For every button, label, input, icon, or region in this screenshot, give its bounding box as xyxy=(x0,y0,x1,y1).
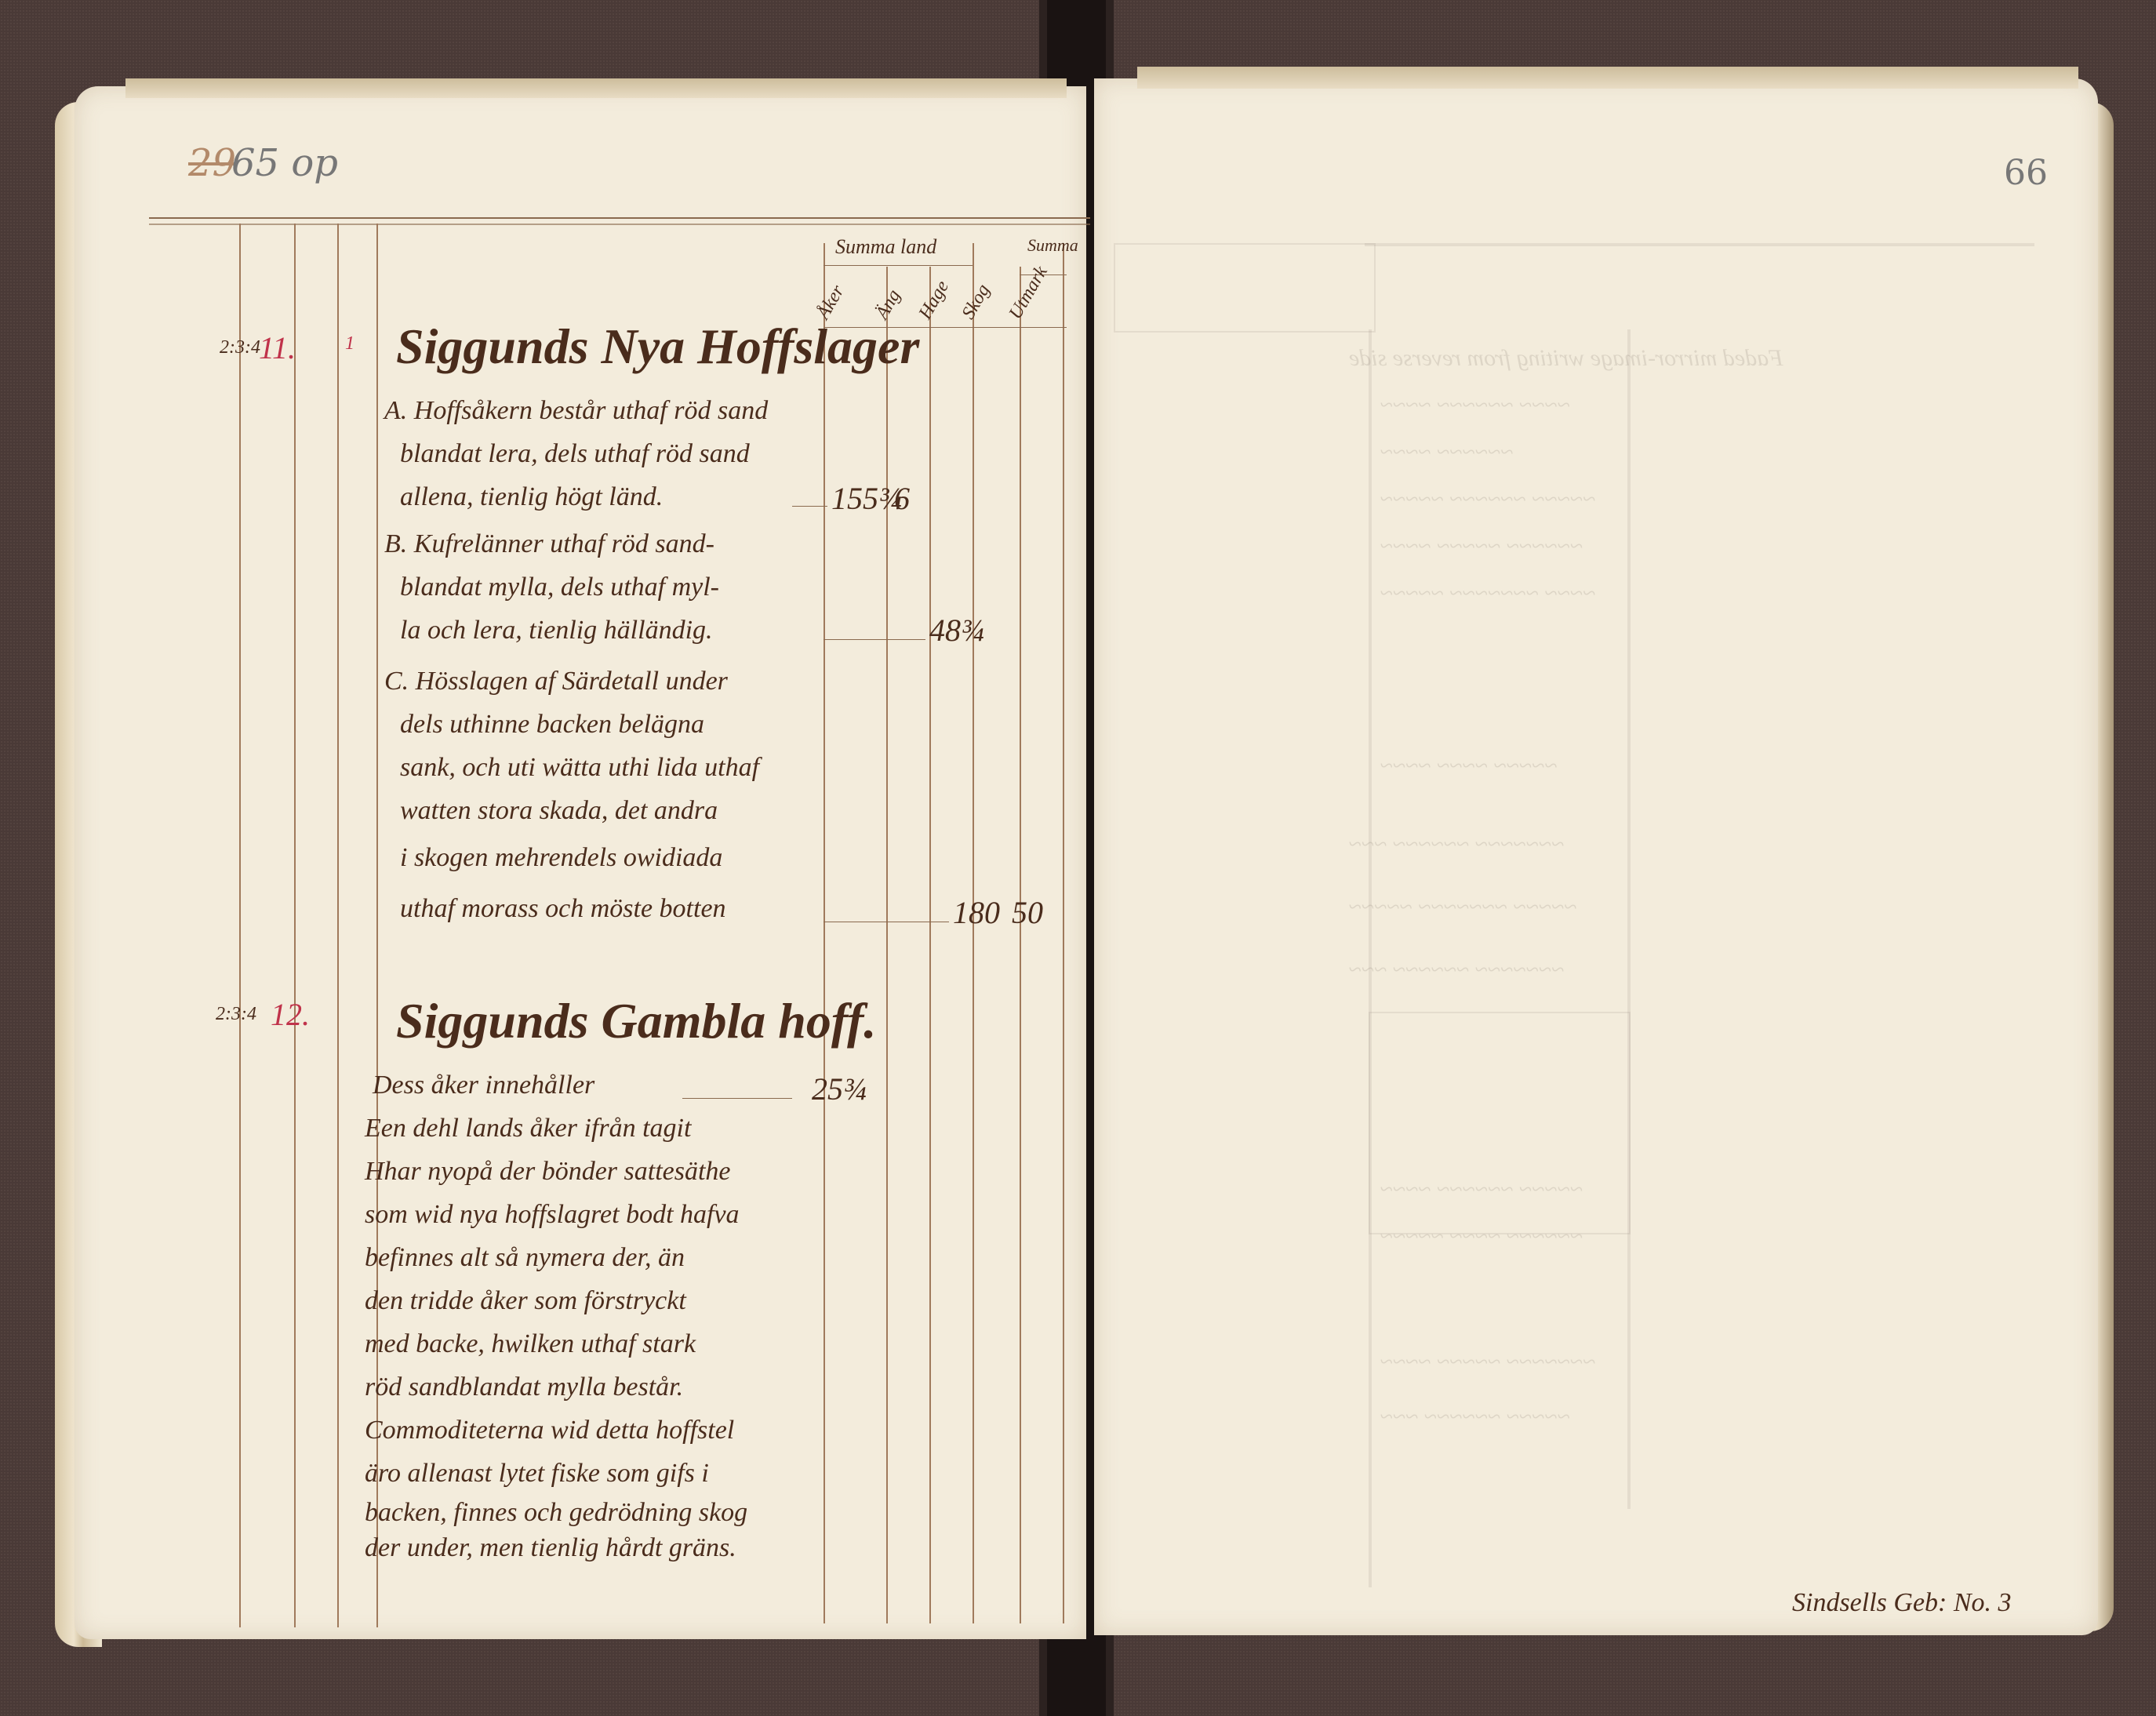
bleed-through-text: ~~~~~~~ ~~~~~ ~~~~ xyxy=(1380,1349,1596,1376)
value-cell: 155¾ xyxy=(831,480,902,517)
entry-line: som wid nya hoffslagret bodt hafva xyxy=(365,1200,740,1230)
bleed-through-text: ~~~~~ ~~~~~~ ~~~~~ xyxy=(1380,486,1596,513)
entry-line: allena, tienlig högt länd. xyxy=(400,482,663,512)
bleed-through-rule xyxy=(1627,329,1631,1509)
value-cell: 6 xyxy=(894,480,910,517)
value-column-line xyxy=(1063,243,1064,1623)
entry-line: blandat mylla, dels uthaf myl- xyxy=(400,573,719,602)
entry-line: B. Kufrelänner uthaf röd sand- xyxy=(384,529,714,559)
value-column-line xyxy=(1020,267,1021,1623)
value-cell: 50 xyxy=(1012,894,1043,931)
leader-line xyxy=(823,922,949,922)
value-column-line xyxy=(886,267,888,1623)
header-rule xyxy=(149,224,1090,225)
entry-line: watten stora skada, det andra xyxy=(400,796,718,826)
bleed-through-rule xyxy=(1365,243,2034,246)
column-group-label: Summa xyxy=(1027,235,1078,256)
entry-title: Siggunds Gambla hoff. xyxy=(396,992,876,1050)
column-group-label: Summa land xyxy=(835,235,936,259)
bleed-through-header xyxy=(1114,243,1376,333)
margin-reference: 2:3:4 xyxy=(216,1004,256,1025)
bleed-through-text: Faded mirror-image writing from reverse … xyxy=(1349,345,1783,372)
value-column-line xyxy=(823,243,825,1623)
leader-line xyxy=(823,639,925,640)
entry-line: Een dehl lands åker ifrån tagit xyxy=(365,1114,691,1143)
header-rule xyxy=(149,217,1090,219)
value-cell: 180 xyxy=(953,894,1000,931)
leader-line xyxy=(682,1098,792,1099)
value-column-line xyxy=(929,267,931,1623)
value-cell: 25¾ xyxy=(812,1071,867,1107)
entry-line: dels uthinne backen belägna xyxy=(400,710,704,740)
bleed-through-text: ~~~~~ ~~~~~~ ~~~~ xyxy=(1380,1176,1583,1203)
pencil-folio-number: 66 xyxy=(2004,153,2048,193)
entry-line: blandat lera, dels uthaf röd sand xyxy=(400,439,750,469)
value-cell: 48¾ xyxy=(929,612,984,649)
entry-line: befinnes alt så nymera der, än xyxy=(365,1243,685,1273)
entry-line: backen, finnes och gedrödning skog xyxy=(365,1498,747,1528)
entry-line: der under, men tienlig hårdt gräns. xyxy=(365,1533,736,1563)
entry-number: 11. xyxy=(259,329,296,366)
entry-line: den tridde åker som förstryckt xyxy=(365,1286,686,1316)
entry-line: Hhar nyopå der bönder sattesäthe xyxy=(365,1157,731,1187)
margin-column-line xyxy=(337,224,339,1627)
bleed-through-text: ~~~~~~~ ~~~~~~ ~~~ xyxy=(1349,831,1565,858)
entry-number: 12. xyxy=(271,996,310,1033)
bleed-through-text: ~~~~~ ~~~~ ~~~~ xyxy=(1380,753,1558,780)
entry-mark: 1 xyxy=(345,333,354,354)
entry-line: med backe, hwilken uthaf stark xyxy=(365,1329,696,1359)
margin-reference: 2:3:4 xyxy=(220,337,260,358)
column-group-rule xyxy=(823,265,973,266)
entry-line: Dess åker innehåller xyxy=(373,1071,594,1100)
struck-folio-number: 29 xyxy=(188,141,236,185)
bleed-through-text: ~~~~ ~~~~~~ ~~~~ xyxy=(1380,392,1570,419)
page-top-edge xyxy=(1137,67,2078,89)
bleed-through-text: ~~~~~~ ~~~~ xyxy=(1380,439,1514,466)
margin-column-line xyxy=(239,224,241,1627)
entry-line: uthaf morass och möste botten xyxy=(400,894,726,924)
entry-line: Commoditeterna wid detta hoffstel xyxy=(365,1416,734,1445)
leader-line xyxy=(792,506,827,507)
entry-line: sank, och uti wätta uthi lida uthaf xyxy=(400,753,759,783)
bleed-through-text: ~~~~ ~~~~~~~ ~~~~~ xyxy=(1380,580,1596,607)
entry-line: la och lera, tienlig hälländig. xyxy=(400,616,713,645)
pencil-folio-number: 65 op xyxy=(231,141,338,185)
entry-line: röd sandblandat mylla består. xyxy=(365,1372,683,1402)
footer-signature: Sindsells Geb: No. 3 xyxy=(1792,1588,2012,1618)
value-column-line xyxy=(973,243,974,1623)
entry-line: äro allenast lytet fiske som gifs i xyxy=(365,1459,709,1489)
entry-line: C. Hösslagen af Särdetall under xyxy=(384,667,728,696)
entry-title: Siggunds Nya Hoffslager xyxy=(396,318,919,376)
margin-column-line xyxy=(294,224,296,1627)
entry-line: i skogen mehrendels owidiada xyxy=(400,843,722,873)
bleed-through-text: ~~~~~~ ~~~~ ~~~~~ xyxy=(1380,1223,1583,1250)
entry-line: A. Hoffsåkern består uthaf röd sand xyxy=(384,396,768,426)
bleed-through-text: ~~~~~ ~~~~~~~ ~~~~~ xyxy=(1349,894,1577,921)
page-top-edge xyxy=(125,78,1067,98)
bleed-through-text: ~~~~~~ ~~~~~ ~~~~ xyxy=(1380,533,1583,560)
bleed-through-text: ~~~~~~~ ~~~~~~ ~~~ xyxy=(1349,957,1565,983)
bleed-through-text: ~~~~~ ~~~~~~ ~~~ xyxy=(1380,1404,1570,1431)
